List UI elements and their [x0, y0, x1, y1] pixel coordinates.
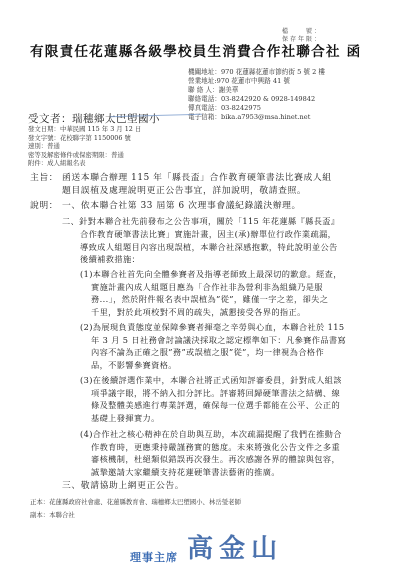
document-title: 有限責任花蓮縣各級學校員生消費合作社聯合社 函: [30, 40, 361, 60]
contact-block: 機關地址：970 花蓮縣花蓮市節約街 5 號 2 樓 營業地址:970 花蓮市中…: [188, 68, 325, 122]
sub-item-3: (3)在後續評選作業中，本聯合社將正式函知評審委員，針對成人組該 項爭議字眼，將…: [80, 374, 342, 424]
sub-item-line: (2)為展現負責態度並保障參賽者揮毫之辛勞與心血，本聯合社於 115: [80, 321, 346, 334]
contact-person: 聯 絡 人：謝美華: [188, 86, 325, 95]
explanation-label: 說明：: [30, 200, 58, 213]
signature-name: 高金山: [187, 528, 283, 565]
sub-item-line: 作教育時，更應秉持嚴謹務實的態度。未來將強化公告文件之多重: [80, 441, 342, 454]
sub-item-line: 品，不影響參賽資格。: [80, 359, 346, 372]
sub-item-line: 內容不論為正確之服”務”或誤植之服”從”，均一律視為合格作: [80, 346, 346, 359]
recipient: 受文者：瑞穗鄉太巴塱國小: [28, 111, 160, 126]
sub-item-4: (4)合作社之核心精神在於自助與互助，本次疏漏提醒了我們在推動合 作教育時，更應…: [80, 428, 342, 478]
signature-role: 理事主席: [130, 549, 178, 565]
cc-main: 正本：花蓮縣政府社會處、花蓮縣教育會、瑞穗鄉太巴塱國小、林岳瑩老師: [30, 497, 241, 506]
sub-item-line: 條及整體美感進行專業評選，確保每一位選手都能在公平、公正的: [80, 399, 342, 412]
sub-item-2: (2)為展現負責態度並保障參賽者揮毫之辛勞與心血，本聯合社於 115 年 3 月…: [80, 321, 346, 371]
explanation-item-3: 三、敬請協助上網更正公告。: [62, 480, 184, 493]
sub-item-line: 千里，對於此項校對不周的疏失，誠懇接受各界的指正。: [80, 306, 342, 319]
dispatch-date: 發文日期：中華民國 115 年 3 月 12 日: [28, 125, 141, 134]
item-line: 後續補救措施：: [62, 253, 339, 266]
sub-item-line: 實施計畫內成人組題目應為「合作社非為營利非為組織乃是服: [80, 281, 342, 294]
contact-phone: 聯絡電話：03-8242920 & 0928-149842: [188, 95, 325, 104]
item-line: 二、針對本聯合社先前發布之公告事項，關於「115 年花蓮縣『縣長盃』: [62, 215, 339, 228]
subject-line: 題目誤植及處理說明更正公告事宜，詳加說明，敬請查照。: [62, 185, 332, 198]
dispatch-meta: 發文日期：中華民國 115 年 3 月 12 日 發文字號：花校聯字第 1150…: [28, 125, 141, 168]
subject-body: 函送本聯合辦理 115 年「縣長盃」合作教育硬筆書法比賽成人組 題目誤植及處理說…: [62, 172, 332, 199]
sub-item-line: 誠摯邀請大家繼續支持花蓮硬筆書法藝術的推廣。: [80, 466, 342, 479]
explanation-item-2: 二、針對本聯合社先前發布之公告事項，關於「115 年花蓮縣『縣長盃』 合作教育硬…: [62, 215, 339, 266]
sub-item-line: (1)本聯合社首先向全體參賽者及指導老師致上最深切的歉意。經查，: [80, 268, 342, 281]
dispatch-number: 發文字號：花校聯字第 1150006 號: [28, 134, 141, 143]
sub-item-line: 務...」，然於附件報名表中誤植為”從”，雖僅一字之差，卻失之: [80, 293, 342, 306]
sub-item-line: 年 3 月 5 日社務會討論議決採取之認定標準如下：凡參賽作品書寫: [80, 334, 346, 347]
cc-copy: 副本：本聯合社: [30, 510, 75, 519]
sub-item-1: (1)本聯合社首先向全體參賽者及指導老師致上最深切的歉意。經查， 實施計畫內成人…: [80, 268, 342, 318]
item-line: 導致成人組題目內容出現誤植，本聯合社深感抱歉，特此說明並公告: [62, 241, 339, 254]
sub-item-line: (3)在後續評選作業中，本聯合社將正式函知評審委員，針對成人組該: [80, 374, 342, 387]
explanation-item-1: 一、依本聯合社第 33 屆第 6 次理事會議紀錄議決辦理。: [62, 200, 301, 213]
sub-item-line: (4)合作社之核心精神在於自助與互助，本次疏漏提醒了我們在推動合: [80, 428, 342, 441]
sub-item-line: 基礎上發揮實力。: [80, 412, 342, 425]
signature-stamp: 理事主席 高金山: [130, 528, 283, 565]
email-address: 電子信箱：bika.a7953@msa.hinet.net: [188, 113, 325, 122]
item-line: 合作教育硬筆書法比賽」實施計畫，因主(承)辦單位行政作業疏漏，: [62, 228, 339, 241]
urgency: 速別：普通: [28, 142, 141, 151]
sub-item-line: 審核機制，杜絕類似錯誤再次發生。再次感謝各界的體諒與包容，: [80, 453, 342, 466]
subject-line: 函送本聯合辦理 115 年「縣長盃」合作教育硬筆書法比賽成人組: [62, 172, 332, 185]
fax-number: 傳真電話：03-8242975: [188, 104, 325, 113]
subject-label: 主旨：: [30, 172, 58, 185]
attachment: 附件：成人組報名表: [28, 159, 141, 168]
business-address: 營業地址:970 花蓮市中興路 41 號: [188, 77, 325, 86]
sub-item-line: 項爭議字眼，將不納入扣分評比。評審將回歸硬筆書法之結構、線: [80, 387, 342, 400]
agency-address: 機關地址：970 花蓮縣花蓮市節約街 5 號 2 樓: [188, 68, 325, 77]
